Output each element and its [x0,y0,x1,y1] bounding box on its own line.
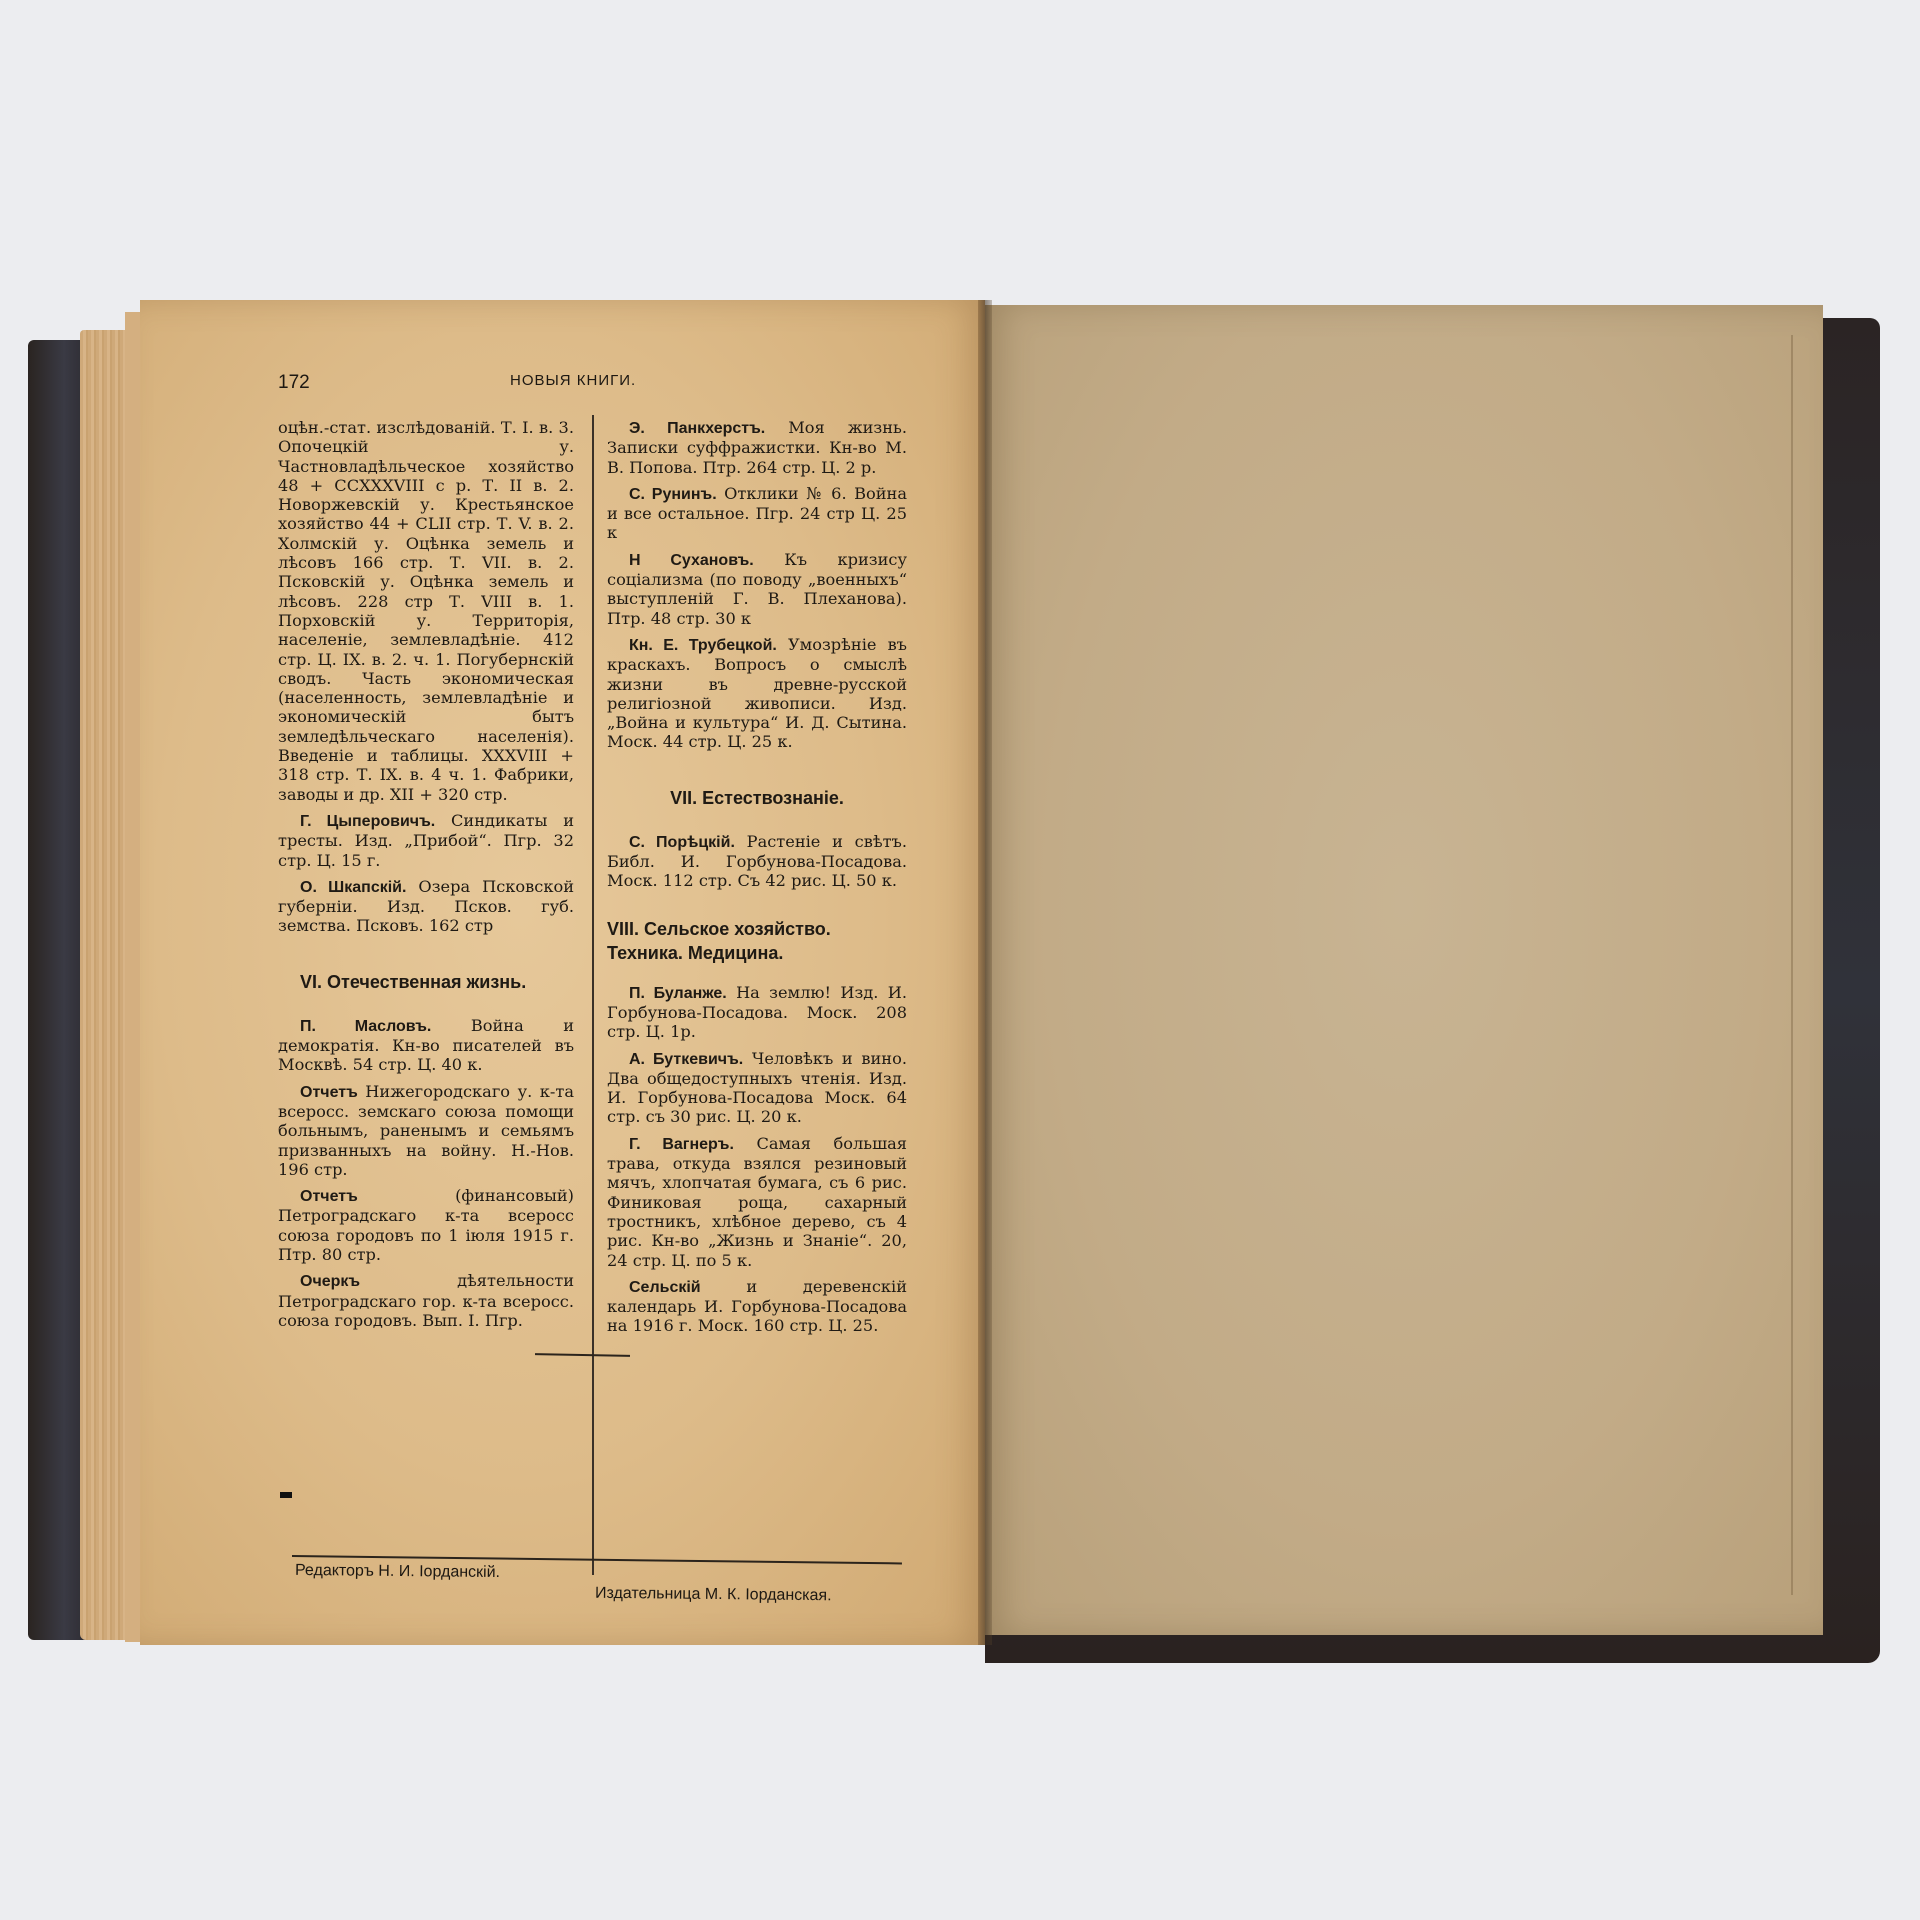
book-entry: Сельскій и деревенскій календарь И. Горб… [607,1277,907,1336]
section-heading-vii: VII. Естествознаніе. [607,786,907,810]
book-entry: Э. Панкхерстъ. Моя жизнь. Записки суффра… [607,418,907,477]
book-entry: Г. Вагнеръ. Самая большая трава, откуда … [607,1134,907,1270]
book-entry: С. Рунинъ. Отклики № 6. Война и все оста… [607,484,907,543]
left-column: оцѣн.-стат. изслѣдованій. Т. I. в. 3. Оп… [278,418,574,1337]
book-entry: П. Масловъ. Война и демократія. Кн-во пи… [278,1016,574,1075]
book-entry: Н Сухановъ. Къ кризису соціализма (по по… [607,550,907,628]
book-entry: П. Буланже. На землю! Изд. И. Горбунова-… [607,983,907,1042]
continued-entry: оцѣн.-стат. изслѣдованій. Т. I. в. 3. Оп… [278,418,574,804]
left-page: 172 НОВЫЯ КНИГИ. оцѣн.-стат. изслѣдовані… [140,300,985,1645]
entry-author: Г. Вагнеръ. [629,1136,734,1153]
page-number: 172 [278,372,310,394]
entry-author: Н Сухановъ. [629,552,754,569]
book-entry: Г. Цыперовичъ. Синдикаты и тресты. Изд. … [278,811,574,870]
book-entry: Отчетъ Нижегородскаго у. к-та всеросс. з… [278,1082,574,1179]
book-entry: Отчетъ (финансовый) Петроградскаго к-та … [278,1186,574,1264]
section-heading-viii: VIII. Сельское хозяйство. Техника. Медиц… [607,917,907,965]
entry-author: Отчетъ [300,1084,358,1101]
book-entry: С. Порѣцкій. Растеніе и свѣтъ. Библ. И. … [607,832,907,891]
book-entry: Кн. Е. Трубецкой. Умозрѣніе въ краскахъ.… [607,635,907,752]
publisher-credit: Издательница М. К. Іорданская. [595,1585,832,1605]
printer-mark [280,1492,292,1498]
entry-author: Сельскій [629,1279,701,1296]
entry-author: Очеркъ [300,1273,360,1290]
right-page-blank [985,305,1823,1635]
book-entry: О. Шкапскій. Озера Псковской губерніи. И… [278,877,574,936]
entry-text: Самая большая трава, откуда взялся резин… [607,1134,907,1270]
entry-author: П. Буланже. [629,985,727,1002]
end-rule [535,1353,630,1357]
book-gutter [978,300,992,1645]
entry-author: Э. Панкхерстъ. [629,420,765,437]
page-fold-line [1791,335,1793,1595]
entry-author: П. Масловъ. [300,1018,431,1035]
entry-author: О. Шкапскій. [300,879,406,896]
entry-author: С. Порѣцкій. [629,834,735,851]
editor-credit: Редакторъ Н. И. Іорданскій. [295,1562,500,1582]
entry-author: Отчетъ [300,1188,358,1205]
entry-author: С. Рунинъ. [629,486,717,503]
book-entry: А. Буткевичъ. Человѣкъ и вино. Два общед… [607,1049,907,1127]
right-column: Э. Панкхерстъ. Моя жизнь. Записки суффра… [607,418,907,1343]
column-divider [592,415,594,1575]
entry-author: Кн. Е. Трубецкой. [629,637,777,654]
open-book: 172 НОВЫЯ КНИГИ. оцѣн.-стат. изслѣдовані… [0,0,1920,1920]
section-heading-vi: VI. Отечественная жизнь. [278,970,574,994]
entry-author: А. Буткевичъ. [629,1051,743,1068]
entry-author: Г. Цыперовичъ. [300,813,435,830]
running-head: НОВЫЯ КНИГИ. [510,372,636,389]
book-entry: Очеркъ дѣятельности Петроградскаго гор. … [278,1271,574,1330]
